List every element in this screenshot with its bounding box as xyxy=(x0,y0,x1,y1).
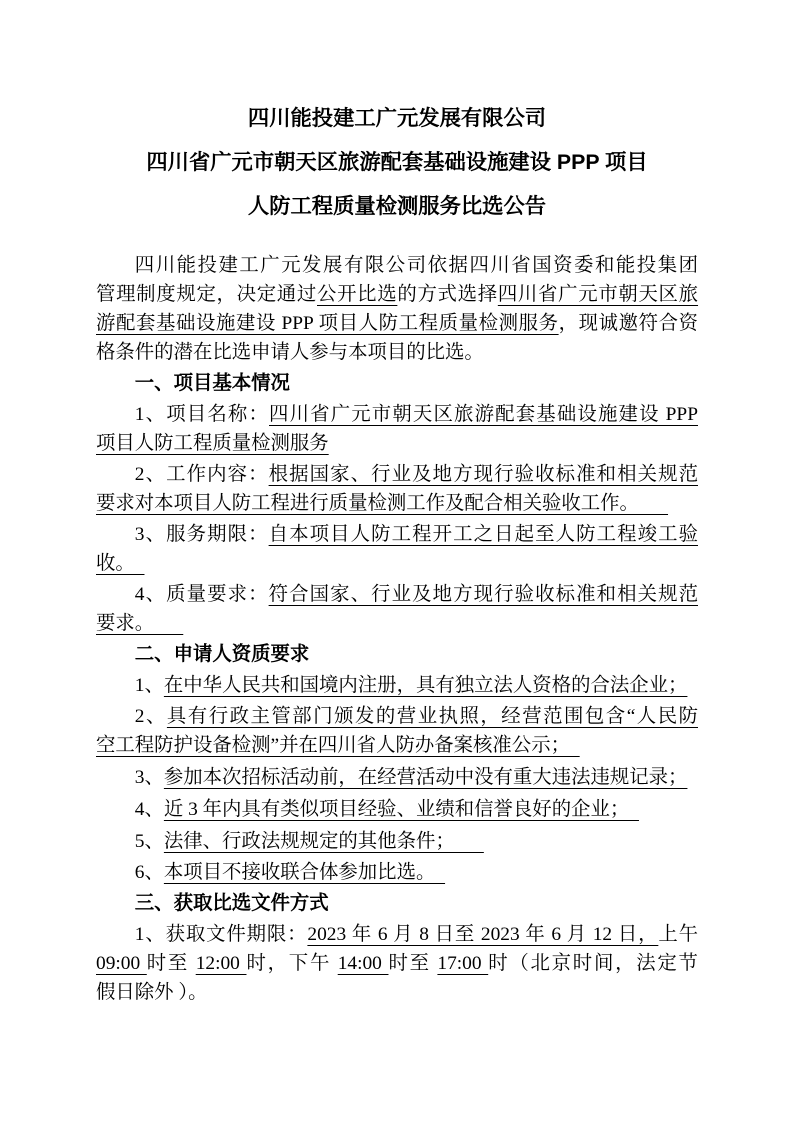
plain-text: ，现诚邀符合资 xyxy=(559,313,698,334)
paragraph: 3、参加本次招标活动前，在经营活动中没有重大违法违规记录； xyxy=(96,763,698,792)
plain-text: 3、服务期限： xyxy=(135,524,269,545)
text-line: 1、获取文件期限：2023 年 6 月 8 日至 2023 年 6 月 12 日… xyxy=(96,920,698,949)
text-line: 3、参加本次招标活动前，在经营活动中没有重大违法违规记录； xyxy=(96,763,698,792)
paragraph: 5、法律、行政法规规定的其他条件； xyxy=(96,827,698,856)
text-line: 游配套基础设施建设 PPP 项目人防工程质量检测服务，现诚邀符合资 xyxy=(96,309,698,338)
underlined-text: 本项目不接收联合体参加比选。 xyxy=(164,862,445,883)
underlined-text: 游配套基础设施建设 PPP 项目人防工程质量检测服务 xyxy=(96,313,559,334)
section-heading: 二、申请人资质要求 xyxy=(96,640,698,669)
underlined-text: 四川省广元市朝天区旅游配套基础设施建设 PPP xyxy=(269,404,698,425)
plain-text: 四川能投建工广元发展有限公司 xyxy=(248,106,546,130)
paragraph: 4、质量要求：符合国家、行业及地方现行验收标准和相关规范要求。 xyxy=(96,580,698,638)
plain-text: 三、获取比选文件方式 xyxy=(135,892,329,914)
underlined-text: 要求对本项目人防工程进行质量检测工作及配合相关验收工作。 xyxy=(96,493,668,514)
text-line: 要求。 xyxy=(96,609,698,638)
text-line: 四川能投建工广元发展有限公司依据四川省国资委和能投集团 xyxy=(96,251,698,280)
underlined-text: 公开比选 xyxy=(317,284,397,305)
paragraph: 1、项目名称：四川省广元市朝天区旅游配套基础设施建设 PPP项目人防工程质量检测… xyxy=(96,400,698,458)
plain-text: 6、 xyxy=(135,862,164,883)
paragraph: 6、本项目不接收联合体参加比选。 xyxy=(96,858,698,887)
underlined-text: 在中华人民共和国境内注册，具有独立法人资格的合法企业； xyxy=(164,675,688,696)
underlined-text: 09:00 xyxy=(96,953,147,974)
text-line: 1、在中华人民共和国境内注册，具有独立法人资格的合法企业； xyxy=(96,671,698,700)
underlined-text: 收。 xyxy=(96,553,144,574)
title-line: 人防工程质量检测服务比选公告 xyxy=(96,184,698,228)
text-line: 二、申请人资质要求 xyxy=(96,640,698,669)
text-line: 2、工作内容：根据国家、行业及地方现行验收标准和相关规范 xyxy=(96,460,698,489)
plain-text: 管理制度规定，决定通过 xyxy=(96,284,317,305)
text-line: 5、法律、行政法规规定的其他条件； xyxy=(96,827,698,856)
underlined-text: 符合国家、行业及地方现行验收标准和相关规范 xyxy=(269,584,698,605)
plain-text: 1、获取文件期限： xyxy=(135,924,308,945)
plain-text: 四川能投建工广元发展有限公司依据四川省国资委和能投集团 xyxy=(135,255,698,276)
title-line: 四川能投建工广元发展有限公司 xyxy=(96,96,698,140)
underlined-text: 法律、行政法规规定的其他条件； xyxy=(164,831,484,852)
plain-text: 人防工程质量检测服务比选公告 xyxy=(248,194,546,218)
paragraph: 四川能投建工广元发展有限公司依据四川省国资委和能投集团管理制度规定，决定通过公开… xyxy=(96,251,698,367)
plain-text: 2、 xyxy=(135,706,167,727)
plain-text: 的方式选择 xyxy=(397,284,497,305)
text-line: 1、项目名称：四川省广元市朝天区旅游配套基础设施建设 PPP xyxy=(96,400,698,429)
paragraph: 2、工作内容：根据国家、行业及地方现行验收标准和相关规范要求对本项目人防工程进行… xyxy=(96,460,698,518)
paragraph: 3、服务期限：自本项目人防工程开工之日起至人防工程竣工验收。 xyxy=(96,520,698,578)
title-line: 四川省广元市朝天区旅游配套基础设施建设 PPP 项目 xyxy=(96,140,698,184)
section-heading: 一、项目基本情况 xyxy=(96,369,698,398)
text-line: 6、本项目不接收联合体参加比选。 xyxy=(96,858,698,887)
paragraph: 4、近 3 年内具有类似项目经验、业绩和信誉良好的企业； xyxy=(96,795,698,824)
plain-text: 时（北京时间，法定节 xyxy=(488,953,698,974)
text-line: 空工程防护设备检测”并在四川省人防办备案核准公示； xyxy=(96,731,698,760)
text-line: 3、服务期限：自本项目人防工程开工之日起至人防工程竣工验 xyxy=(96,520,698,549)
document-body: 四川能投建工广元发展有限公司依据四川省国资委和能投集团管理制度规定，决定通过公开… xyxy=(96,251,698,1007)
text-line: 要求对本项目人防工程进行质量检测工作及配合相关验收工作。 xyxy=(96,489,698,518)
underlined-text: 空工程防护设备检测”并在四川省人防办备案核准公示； xyxy=(96,735,580,756)
plain-text: 1、项目名称： xyxy=(135,404,269,425)
paragraph: 2、具有行政主管部门颁发的营业执照，经营范围包含“人民防空工程防护设备检测”并在… xyxy=(96,702,698,760)
plain-text: 假日除外 ）。 xyxy=(96,982,208,1003)
text-line: 4、质量要求：符合国家、行业及地方现行验收标准和相关规范 xyxy=(96,580,698,609)
document-page: 四川能投建工广元发展有限公司四川省广元市朝天区旅游配套基础设施建设 PPP 项目… xyxy=(0,0,794,1123)
paragraph: 1、在中华人民共和国境内注册，具有独立法人资格的合法企业； xyxy=(96,671,698,700)
text-line: 管理制度规定，决定通过公开比选的方式选择四川省广元市朝天区旅 xyxy=(96,280,698,309)
plain-text: 5、 xyxy=(135,831,164,852)
text-line: 一、项目基本情况 xyxy=(96,369,698,398)
section-heading: 三、获取比选文件方式 xyxy=(96,889,698,918)
text-line: 收。 xyxy=(96,549,698,578)
underlined-text: 17:00 xyxy=(437,953,488,974)
plain-text: 4、 xyxy=(135,799,164,820)
text-line: 格条件的潜在比选申请人参与本项目的比选。 xyxy=(96,338,698,367)
underlined-text: 根据国家、行业及地方现行验收标准和相关规范 xyxy=(269,464,698,485)
text-line: 假日除外 ）。 xyxy=(96,978,698,1007)
plain-text: 一、项目基本情况 xyxy=(135,372,290,394)
plain-text: 格条件的潜在比选申请人参与本项目的比选。 xyxy=(96,342,484,363)
text-line: 三、获取比选文件方式 xyxy=(96,889,698,918)
underlined-text: 2023 年 6 月 8 日至 2023 年 6 月 12 日， xyxy=(307,924,658,945)
plain-text: 3、 xyxy=(135,767,164,788)
text-line: 项目人防工程质量检测服务 xyxy=(96,429,698,458)
plain-text: 1、 xyxy=(135,675,164,696)
underlined-text: 12:00 xyxy=(196,953,247,974)
plain-text: 四川省广元市朝天区旅游配套基础设施建设 PPP 项目 xyxy=(146,150,647,174)
underlined-text: 要求。 xyxy=(96,613,183,634)
underlined-text: 四川省广元市朝天区旅 xyxy=(498,284,698,305)
document-title: 四川能投建工广元发展有限公司四川省广元市朝天区旅游配套基础设施建设 PPP 项目… xyxy=(96,96,698,228)
plain-text: 上午 xyxy=(658,924,698,945)
plain-text: 二、申请人资质要求 xyxy=(135,643,310,665)
text-line: 4、近 3 年内具有类似项目经验、业绩和信誉良好的企业； xyxy=(96,795,698,824)
title-block: 四川能投建工广元发展有限公司四川省广元市朝天区旅游配套基础设施建设 PPP 项目… xyxy=(96,96,698,228)
text-line: 2、具有行政主管部门颁发的营业执照，经营范围包含“人民防 xyxy=(96,702,698,731)
plain-text: 时至 xyxy=(147,953,196,974)
plain-text: 2、工作内容： xyxy=(135,464,269,485)
underlined-text: 参加本次招标活动前，在经营活动中没有重大违法违规记录； xyxy=(164,767,688,788)
plain-text: 时至 xyxy=(388,953,437,974)
underlined-text: 14:00 xyxy=(338,953,389,974)
plain-text: 时，下午 xyxy=(246,953,337,974)
plain-text: 4、质量要求： xyxy=(135,584,269,605)
underlined-text: 近 3 年内具有类似项目经验、业绩和信誉良好的企业； xyxy=(164,799,639,820)
underlined-text: 项目人防工程质量检测服务 xyxy=(96,433,329,454)
underlined-text: 自本项目人防工程开工之日起至人防工程竣工验 xyxy=(269,524,698,545)
underlined-text: 具有行政主管部门颁发的营业执照，经营范围包含“人民防 xyxy=(167,706,698,727)
paragraph: 1、获取文件期限：2023 年 6 月 8 日至 2023 年 6 月 12 日… xyxy=(96,920,698,1007)
text-line: 09:00 时至 12:00 时，下午 14:00 时至 17:00 时（北京时… xyxy=(96,949,698,978)
